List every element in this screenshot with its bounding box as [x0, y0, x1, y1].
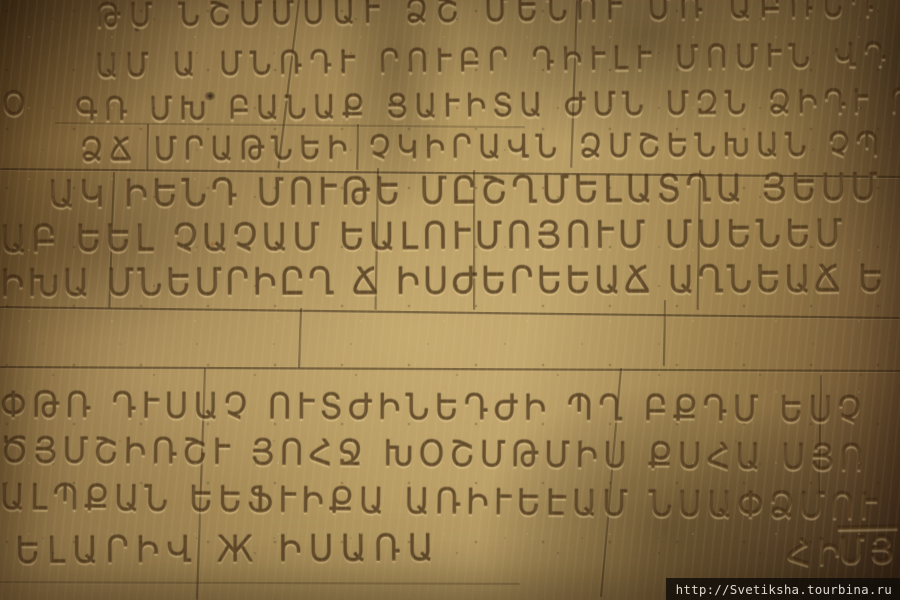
inscription-row: ԹՄ ՆՇՄՄՍԱՒ ՁՇ ՄԵՆՈՒ ՄՌ ԱԲՌՆԴ [95, 0, 882, 36]
inscription-row: ԱԿ ԻԵՆԴ ՄՈՒԹԵ ՄԸՇՂՄԵԼԱՏՂԱ ՅԵՍՄ [48, 167, 882, 217]
inscription-row: ԳՌ ՄԽ ԲԱՆԱՔ ՑԱՒԻՏԱ ԺՄՆ ՄԶՆ ՁԻԴՒ Ո [75, 83, 900, 130]
photograph: ԹՄ ՆՇՄՄՍԱՒ ՁՇ ՄԵՆՈՒ ՄՌ ԱԲՌՆԴԱՄ Ա ՄՆՌԴՒ Ր… [0, 0, 900, 600]
stone-seam [663, 300, 667, 366]
stone-seam [0, 306, 900, 320]
inscription-row: ԱՄ Ա ՄՆՌԴՒ ՐՈՒԲՐ ԴԻՒԼՒ ՄՈՄՒՆ ՎԴ [95, 37, 893, 86]
stone-seam [0, 581, 520, 586]
inscription-row: ԾՅՄՇԻՌՇՒ ՅՈՀՋ ԽՕՇՄԹՄԻՍ ՔՍՀԱ ՍՅՈ [0, 429, 869, 479]
stone-seam [0, 366, 900, 373]
stone-seam [298, 308, 303, 368]
inscription-row: ՄՅ [838, 529, 898, 573]
inscription-row: ՁՃ ՄՐԱԹՆԵԻ ՉԿԻՐԱՎՆ ՁՄՇԵՆԽԱՆ ՉՊ [80, 126, 886, 169]
inscription-row: ԻԽԱ ՄՆԵՄՐԻԸՂ Ճ ԻՍԺԵՐԵԵԱՃ ԱՂՆԵԱՃ Ե [0, 258, 887, 306]
inscription-row: ԵԼԱՐԻՎ Ж ԻՍԱՌԱ [15, 527, 441, 573]
inscription-row: ԱԲ ԵԵԼ ՉԱՉԱՄ ԵԱԼՈՒՄՈՅՈՒՄ ՄՍԵՆԵՄ [0, 213, 847, 262]
stone-wall: ԹՄ ՆՇՄՄՍԱՒ ՁՇ ՄԵՆՈՒ ՄՌ ԱԲՌՆԴԱՄ Ա ՄՆՌԴՒ Ր… [0, 0, 900, 600]
inscription-row: Օ [2, 86, 26, 124]
inscription-row: ՓԹՌ ԴՒՍԱՉ ՈՒՏԺԻՆԵԴԺԻ ՊՂ ԲՔԴՄ ԵՍՉ [0, 384, 866, 431]
watermark-url: http://Svetiksha.tourbina.ru [676, 582, 892, 597]
inscription-row: ԱԼՊՔԱՆ ԵԵՖՒԻՔԱ ԱՌԻՒԵԷԱՄ ՆՍԱՓՁՄՈՒ [0, 476, 882, 527]
watermark-bar: http://Svetiksha.tourbina.ru [666, 578, 900, 600]
